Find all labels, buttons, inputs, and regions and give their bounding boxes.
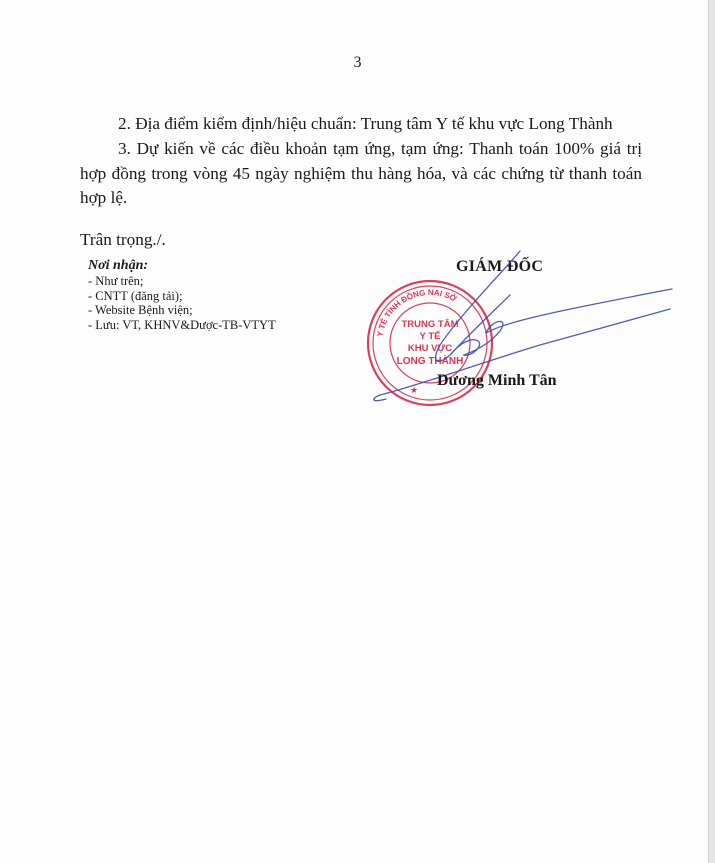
recipients-title: Nơi nhận: <box>88 258 276 274</box>
page-number: 3 <box>0 54 715 72</box>
closing-greeting: Trân trọng./. <box>80 230 166 250</box>
paragraph-payment-terms: 3. Dự kiến về các điều khoản tạm ứng, tạ… <box>80 137 642 211</box>
recipient-item: - Lưu: VT, KHNV&Dược-TB-VTYT <box>88 318 276 333</box>
stamp-line: Y TẾ <box>420 331 441 342</box>
stamp-star-icon: ★ <box>410 385 418 395</box>
recipient-item: - Website Bệnh viện; <box>88 303 276 318</box>
recipients-block: Nơi nhận: - Như trên; - CNTT (đăng tải);… <box>88 258 276 332</box>
recipient-item: - CNTT (đăng tải); <box>88 289 276 304</box>
stamp-line: TRUNG TÂM <box>402 318 459 330</box>
page-edge <box>708 0 715 863</box>
paragraph-location: 2. Địa điểm kiểm định/hiệu chuẩn: Trung … <box>80 112 642 137</box>
stamp-line: KHU VỰC <box>408 343 452 354</box>
stamp-line: LONG THÀNH <box>397 354 464 367</box>
signer-title: GIÁM ĐỐC <box>456 258 543 276</box>
signer-name: Dương Minh Tân <box>437 372 557 390</box>
recipient-item: - Như trên; <box>88 274 276 289</box>
